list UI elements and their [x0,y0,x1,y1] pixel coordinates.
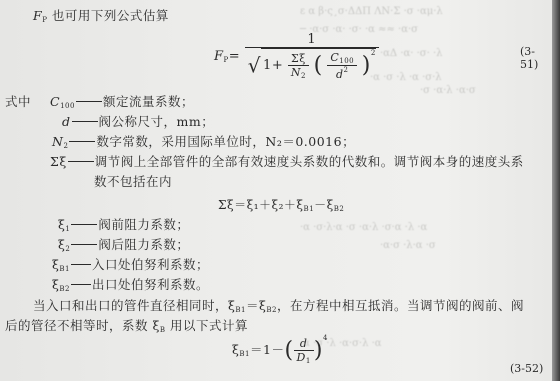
paragraph-line-1: 当入口和出口的管件直径相同时，ξB1＝ξB2，在方程中相互抵消。当调节阀的阀前、… [33,296,524,314]
equation-number-3-52: (3-52) [510,362,543,375]
fp-symbol: F [33,8,42,23]
definition-row: Σξ调节阀上全部管件的全部有效速度头系数的代数和。调节阀本身的速度头系 [50,152,524,170]
bleed-through-text: ·α ·σ·λ·α ·σ ·α·λ ·σ·α ·λ ·α [300,222,427,233]
xi-definition-row: ξB1入口处伯努利系数； [52,255,209,273]
em-dash [71,244,97,245]
em-dash [72,121,98,122]
bleed-through-text: ·σ ·α·λ ·α·σ [420,85,476,96]
scanned-page: ε α β·ς¸σ·ΔΔΠ ΛΝ·Σ ·σ ·αμ·λ ─ ·α·σ ·α· ·… [0,0,552,381]
sum-formula: Σξ＝ξ₁＋ξ₂＋ξB1－ξB2 [218,196,344,213]
xi-definition-row: ξ2阀后阻力系数； [58,235,189,253]
bleed-through-text: ·α ·σ ·λ ·α ·σ·λ [370,72,442,83]
equation-number-3-51: (3-51) [520,45,552,71]
paragraph-line-2: 后的管径不相等时，系数 ξB 用以下式计算 [5,316,248,334]
definition-row: N2数字常数，采用国际单位时，N₂＝0.0016； [52,132,355,150]
xi-definition-row: ξ1阀前阻力系数； [58,215,189,233]
formula-3-51: FP= 1 √ 1+ Σξ N2 ( C100 d2 )2 [214,32,379,81]
definition-row: d阀公称尺寸，mm； [62,112,214,130]
em-dash [69,141,95,142]
em-dash [71,224,97,225]
bleed-through-text: ε α β·ς¸σ·ΔΔΠ ΛΝ·Σ ·σ ·αμ·λ [300,6,443,17]
em-dash [68,161,94,162]
intro-line: FP 也可用下列公式估算 [33,6,169,24]
bleed-through-text: ·α·σ ·λ·α ·σ [380,240,436,251]
xi-definition-row: ξB2出口处伯努利系数。 [52,275,209,293]
em-dash [71,264,91,265]
definition-continuation: 数不包括在内 [94,172,172,190]
em-dash [76,101,102,102]
definition-row: C100额定流量系数； [50,92,194,110]
intro-text: 也可用下列公式估算 [52,8,169,23]
book-binding-edge [552,0,560,381]
em-dash [71,284,91,285]
main-fraction: 1 √ 1+ Σξ N2 ( C100 d2 )2 [245,32,379,81]
formula-3-52: ξB1＝1－( d D1 )4 [232,334,328,365]
where-label: 式中 [5,92,31,110]
bleed-through-text: ·αΔ ·α· ·σ· ·λ [380,48,443,59]
sqrt-symbol: √ [248,54,261,78]
